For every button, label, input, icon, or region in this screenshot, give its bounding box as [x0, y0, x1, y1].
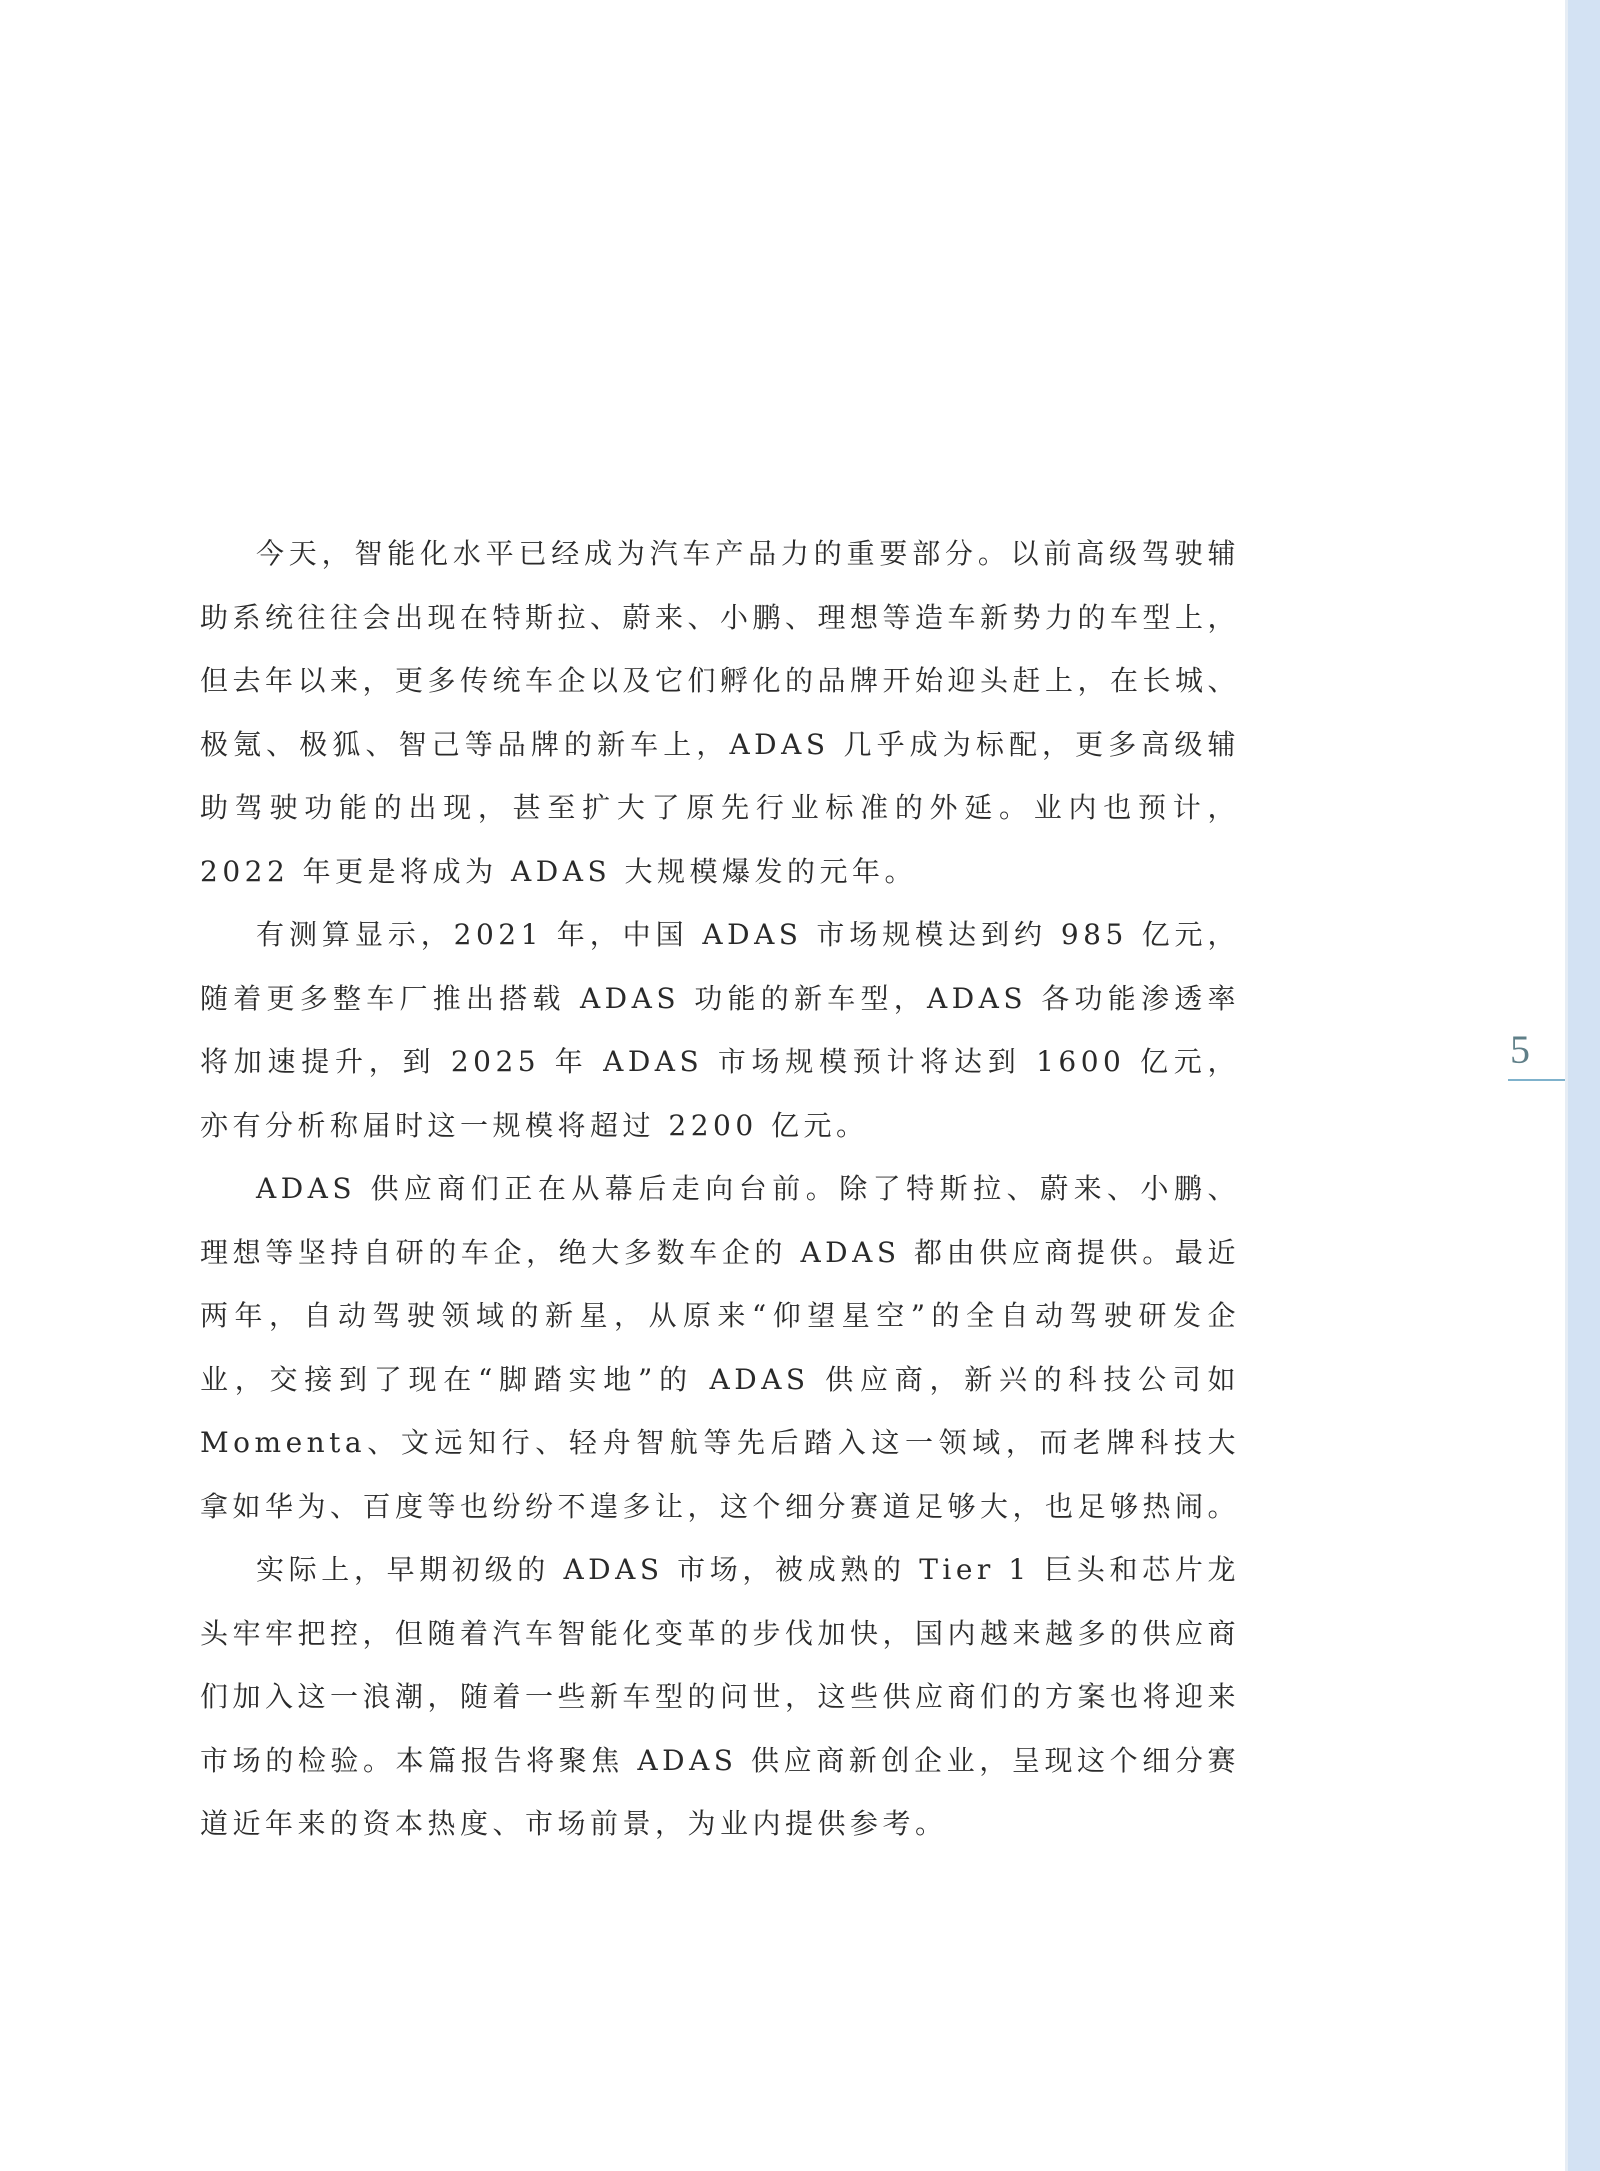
body-text: 今天，智能化水平已经成为汽车产品力的重要部分。以前高级驾驶辅助系统往往会出现在特…	[200, 522, 1240, 1856]
paragraph-intelligence-trend: 今天，智能化水平已经成为汽车产品力的重要部分。以前高级驾驶辅助系统往往会出现在特…	[200, 522, 1240, 903]
page-number: 5	[1510, 1030, 1530, 1070]
paragraph-suppliers: ADAS 供应商们正在从幕后走向台前。除了特斯拉、蔚来、小鹏、理想等坚持自研的车…	[200, 1157, 1240, 1538]
page-number-underline	[1508, 1079, 1565, 1081]
paragraph-report-focus: 实际上，早期初级的 ADAS 市场，被成熟的 Tier 1 巨头和芯片龙头牢牢把…	[200, 1538, 1240, 1856]
document-page: 今天，智能化水平已经成为汽车产品力的重要部分。以前高级驾驶辅助系统往往会出现在特…	[0, 0, 1565, 2171]
side-color-band	[1565, 0, 1600, 2171]
paragraph-market-size: 有测算显示，2021 年，中国 ADAS 市场规模达到约 985 亿元，随着更多…	[200, 903, 1240, 1157]
